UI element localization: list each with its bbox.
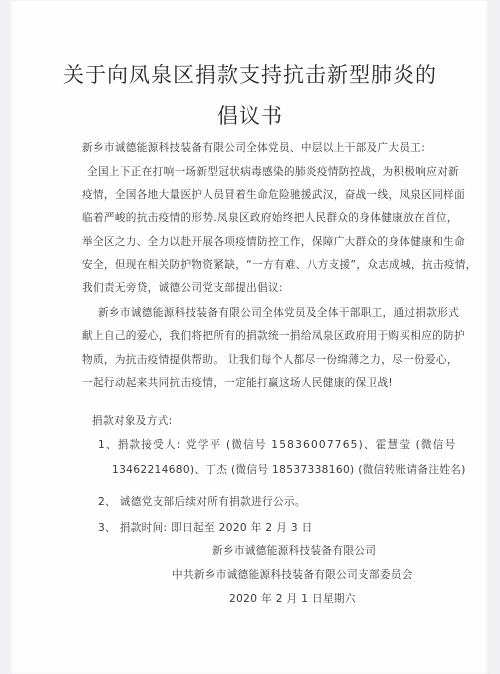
paragraph1-line: 临着严峻的抗击疫情的形势.凤泉区政府始终把人民群众的身体健康放在首位， bbox=[82, 210, 458, 225]
donation-item-1-continued: 13462214680)、丁杰 (微信号 18537338160) (微信转账请… bbox=[112, 462, 466, 477]
donation-item-1: 1、捐款接受人: 党学平 (微信号 15836007765)、霍慧莹 (微信号 bbox=[98, 437, 456, 452]
paragraph1-line: 安全，但现在相关防护物资紧缺，“一方有难、八方支援”，众志成城，抗击疫情， bbox=[82, 257, 477, 272]
salutation: 新乡市诚德能源科技装备有限公司全体党员、中层以上干部及广大员工: bbox=[82, 140, 425, 155]
paragraph2-line: 献上自己的爱心，我们将把所有的捐款统一捐给凤泉区政府用于购买相应的防护 bbox=[82, 328, 465, 343]
donation-item-3: 3、 捐款时间: 即日起至 2020 年 2 月 3 日 bbox=[98, 520, 313, 535]
paragraph2-line: 物质，为抗击疫情提供帮助。 让我们每个人都尽一份绵薄之力，尽一份爱心， bbox=[82, 352, 458, 367]
paragraph1-line: 疫情，全国各地大量医护人员冒着生命危险驰援武汉，奋战一线，凤泉区同样面 bbox=[82, 187, 465, 202]
signature-committee: 中共新乡市诚德能源科技装备有限公司支部委员会 bbox=[172, 567, 413, 582]
paragraph1-line: 我们责无旁贷，诚德公司党支部提出倡议: bbox=[82, 280, 283, 295]
paragraph1-line: 全国上下正在打响一场新型冠状病毒感染的肺炎疫情防控战，为积极响应对新 bbox=[87, 164, 459, 179]
paragraph2-line: 一起行动起来共同抗击疫情，一定能打赢这场人民健康的保卫战! bbox=[82, 375, 393, 390]
signature-date: 2020 年 2 月 1 日星期六 bbox=[229, 591, 356, 606]
document-title-line2: 倡议书 bbox=[0, 100, 500, 130]
signature-company: 新乡市诚德能源科技装备有限公司 bbox=[212, 543, 376, 558]
paragraph2-line: 新乡市诚德能源科技装备有限公司全体党员及全体干部职工，通过捐款形式 bbox=[98, 305, 459, 320]
document-title-line1: 关于向凤泉区捐款支持抗击新型肺炎的 bbox=[0, 59, 500, 89]
paragraph1-line: 举全区之力、全力以赴开展各项疫情防控工作，保障广大群众的身体健康和生命 bbox=[82, 234, 465, 249]
donation-item-2: 2、 诚德党支部后续对所有捐款进行公示。 bbox=[98, 494, 306, 509]
donation-heading: 捐款对象及方式: bbox=[92, 413, 173, 428]
